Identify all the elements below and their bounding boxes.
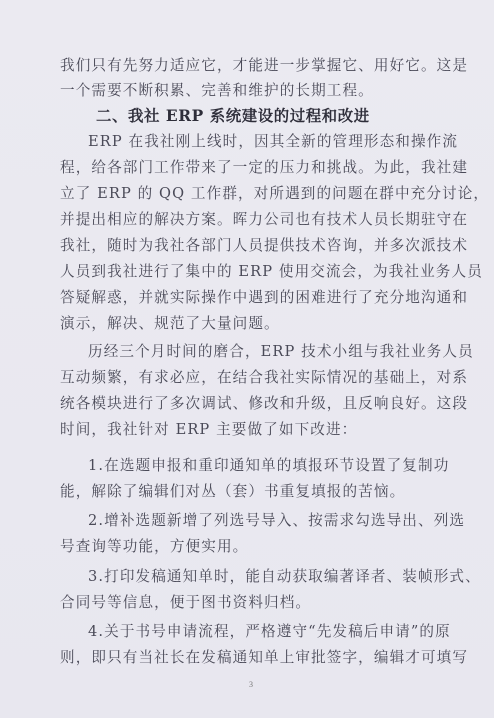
item4-line-2: 则，即只有当社长在发稿通知单上审批签字，编辑才可填写 [60,649,438,667]
paragraph1-line-8: 演示，解决、规范了大量问题。 [60,315,438,333]
document-page: 我们只有先努力适应它，才能进一步掌握它、用好它。这是 一个需要不断积累、完善和维… [0,0,494,718]
paragraph1-line-5: 我社，随时为我社各部门人员提供技术咨询，并多次派技术 [60,237,438,255]
intro-line-1: 我们只有先努力适应它，才能进一步掌握它、用好它。这是 [60,57,438,75]
paragraph2-line-1: 历经三个月时间的磨合，ERP 技术小组与我社业务人员 [88,343,438,361]
paragraph1-line-7: 答疑解惑，并就实际操作中遇到的困难进行了充分地沟通和 [60,289,438,307]
item2-line-2: 号查询等功能，方便实用。 [60,538,438,556]
item3-line-1: 3.打印发稿通知单时，能自动获取编著译者、装帧形式、 [88,568,438,586]
intro-line-2: 一个需要不断积累、完善和维护的长期工程。 [60,82,438,100]
page-number: 3 [249,680,253,689]
item1-line-2: 能，解除了编辑们对丛（套）书重复填报的苦恼。 [60,483,438,501]
section-heading: 二、我社 ERP 系统建设的过程和改进 [96,107,370,125]
paragraph1-line-1: ERP 在我社刚上线时，因其全新的管理形态和操作流 [88,133,438,151]
item1-line-1: 1.在选题申报和重印通知单的填报环节设置了复制功 [88,457,438,475]
item3-line-2: 合同号等信息，便于图书资料归档。 [60,594,438,612]
paragraph1-line-3: 立了 ERP 的 QQ 工作群，对所遇到的问题在群中充分讨论， [60,185,438,203]
item4-line-1: 4.关于书号申请流程，严格遵守“先发稿后申请”的原 [88,623,438,641]
item2-line-1: 2.增补选题新增了列选号导入、按需求勾选导出、列选 [88,512,438,530]
paragraph2-line-4: 时间，我社针对 ERP 主要做了如下改进： [60,421,438,439]
paragraph2-line-3: 统各模块进行了多次调试、修改和升级，且反响良好。这段 [60,395,438,413]
paragraph2-line-2: 互动频繁，有求必应，在结合我社实际情况的基础上，对系 [60,369,438,387]
paragraph1-line-4: 并提出相应的解决方案。晖力公司也有技术人员长期驻守在 [60,211,438,229]
paragraph1-line-2: 程，给各部门工作带来了一定的压力和挑战。为此，我社建 [60,159,438,177]
paragraph1-line-6: 人员到我社进行了集中的 ERP 使用交流会，为我社业务人员 [60,263,438,281]
